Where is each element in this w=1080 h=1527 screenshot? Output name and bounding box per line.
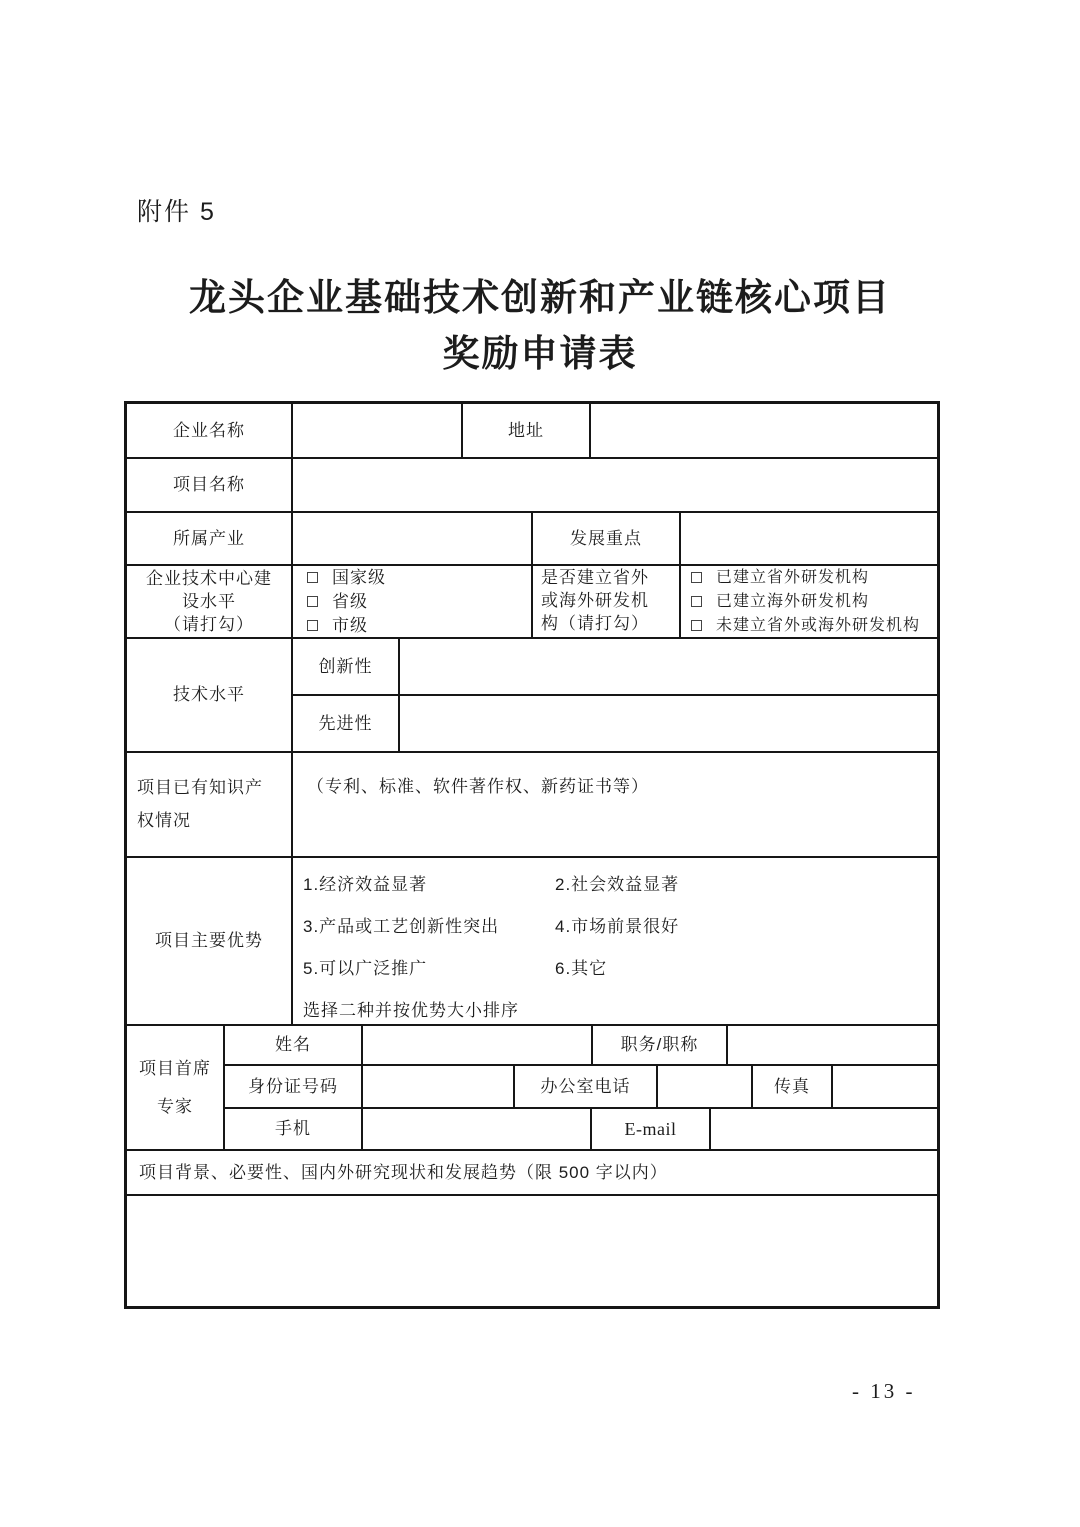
innovation-value-cell xyxy=(400,639,937,696)
background-content-cell xyxy=(127,1196,937,1306)
chief-expert-subrows: 姓名 职务/职称 身份证号码 办公室电话 传真 手机 E-mail xyxy=(225,1026,937,1151)
office-phone-value-cell xyxy=(658,1066,753,1109)
mobile-label: 手机 xyxy=(225,1109,363,1151)
address-value-cell xyxy=(591,404,937,459)
expert-id-value-cell xyxy=(363,1066,515,1109)
row-project-name: 项目名称 xyxy=(127,459,937,513)
tech-center-options: 国家级 省级 市级 xyxy=(293,566,533,639)
tech-center-option-municipal: 市级 xyxy=(307,614,368,638)
advantage-item-6: 6.其它 xyxy=(555,948,607,990)
rd-option-none-built: 未建立省外或海外研发机构 xyxy=(691,614,920,638)
industry-label: 所属产业 xyxy=(127,513,293,566)
attachment-label: 附件 5 xyxy=(137,192,216,228)
chief-expert-label: 项目首席 专家 xyxy=(127,1026,225,1151)
expert-id-label: 身份证号码 xyxy=(225,1066,363,1109)
company-name-label: 企业名称 xyxy=(127,404,293,459)
rd-question-line3: 构（请打勾） xyxy=(541,612,649,635)
chief-expert-label-line1: 项目首席 xyxy=(139,1050,211,1088)
row-chief-expert: 项目首席 专家 姓名 职务/职称 身份证号码 办公室电话 传真 xyxy=(127,1026,937,1151)
checkbox-icon xyxy=(691,596,702,607)
title-line-2: 奖励申请表 xyxy=(0,326,1080,382)
checkbox-icon xyxy=(307,572,318,583)
innovation-label: 创新性 xyxy=(293,639,400,696)
tech-level-label: 技术水平 xyxy=(127,639,293,753)
advantage-item-4: 4.市场前景很好 xyxy=(555,906,679,948)
tech-center-label-line3: （请打勾） xyxy=(164,613,254,636)
rd-option-overseas-built: 已建立海外研发机构 xyxy=(691,590,869,614)
expert-name-value-cell xyxy=(363,1026,593,1066)
advantage-note: 选择二种并按优势大小排序 xyxy=(303,990,937,1026)
row-industry-focus: 所属产业 发展重点 xyxy=(127,513,937,566)
advancement-value-cell xyxy=(400,696,937,753)
document-page: 附件 5 龙头企业基础技术创新和产业链核心项目 奖励申请表 企业名称 地址 项目… xyxy=(0,0,1080,1527)
subrow-advancement: 先进性 xyxy=(293,696,937,753)
tech-center-option-label: 市级 xyxy=(332,614,368,638)
tech-center-label-line2: 设水平 xyxy=(182,590,236,613)
company-name-value-cell xyxy=(293,404,463,459)
page-number: - 13 - xyxy=(852,1379,916,1404)
development-focus-value-cell xyxy=(681,513,937,566)
rd-option-label: 已建立省外研发机构 xyxy=(716,566,869,590)
checkbox-icon xyxy=(691,620,702,631)
subrow-id-phone-fax: 身份证号码 办公室电话 传真 xyxy=(225,1066,937,1109)
project-name-value-cell xyxy=(293,459,937,513)
application-form-table: 企业名称 地址 项目名称 所属产业 发展重点 企业技术中心建 设水平 （请打勾） xyxy=(124,401,940,1309)
checkbox-icon xyxy=(307,620,318,631)
ip-label: 项目已有知识产 权情况 xyxy=(127,753,293,858)
expert-name-label: 姓名 xyxy=(225,1026,363,1066)
subrow-name-title: 姓名 职务/职称 xyxy=(225,1026,937,1066)
advantage-item-3: 3.产品或工艺创新性突出 xyxy=(303,906,555,948)
advantages-content: 1.经济效益显著 2.社会效益显著 3.产品或工艺创新性突出 4.市场前景很好 … xyxy=(293,858,937,1026)
advantage-line-1: 1.经济效益显著 2.社会效益显著 xyxy=(303,864,937,906)
advantages-label: 项目主要优势 xyxy=(127,858,293,1026)
ip-label-line1: 项目已有知识产 xyxy=(137,776,263,800)
mobile-value-cell xyxy=(363,1109,592,1151)
advantage-line-2: 3.产品或工艺创新性突出 4.市场前景很好 xyxy=(303,906,937,948)
industry-value-cell xyxy=(293,513,533,566)
tech-level-subrows: 创新性 先进性 xyxy=(293,639,937,753)
development-focus-label: 发展重点 xyxy=(533,513,681,566)
rd-question-line2: 或海外研发机 xyxy=(541,589,649,612)
row-company-address: 企业名称 地址 xyxy=(127,404,937,459)
advantage-line-3: 5.可以广泛推广 6.其它 xyxy=(303,948,937,990)
subrow-innovation: 创新性 xyxy=(293,639,937,696)
project-name-label: 项目名称 xyxy=(127,459,293,513)
tech-center-option-provincial: 省级 xyxy=(307,590,368,614)
tech-center-option-label: 省级 xyxy=(332,590,368,614)
advantage-item-1: 1.经济效益显著 xyxy=(303,864,555,906)
rd-question-label: 是否建立省外 或海外研发机 构（请打勾） xyxy=(533,566,681,639)
office-phone-label: 办公室电话 xyxy=(515,1066,658,1109)
advancement-label: 先进性 xyxy=(293,696,400,753)
rd-options: 已建立省外研发机构 已建立海外研发机构 未建立省外或海外研发机构 xyxy=(681,566,937,639)
title-line-1: 龙头企业基础技术创新和产业链核心项目 xyxy=(0,270,1080,326)
checkbox-icon xyxy=(691,572,702,583)
background-label: 项目背景、必要性、国内外研究现状和发展趋势（限 500 字以内） xyxy=(127,1151,937,1196)
tech-center-option-label: 国家级 xyxy=(332,566,386,590)
row-tech-level: 技术水平 创新性 先进性 xyxy=(127,639,937,753)
checkbox-icon xyxy=(307,596,318,607)
tech-center-label-line1: 企业技术中心建 xyxy=(146,567,272,590)
tech-center-option-national: 国家级 xyxy=(307,566,386,590)
fax-label: 传真 xyxy=(753,1066,833,1109)
page-title: 龙头企业基础技术创新和产业链核心项目 奖励申请表 xyxy=(0,270,1080,382)
rd-question-line1: 是否建立省外 xyxy=(541,566,649,589)
advantage-item-2: 2.社会效益显著 xyxy=(555,864,679,906)
row-ip-status: 项目已有知识产 权情况 （专利、标准、软件著作权、新药证书等） xyxy=(127,753,937,858)
rd-option-label: 未建立省外或海外研发机构 xyxy=(716,614,920,638)
ip-label-line2: 权情况 xyxy=(137,809,191,833)
subrow-mobile-email: 手机 E-mail xyxy=(225,1109,937,1151)
row-advantages: 项目主要优势 1.经济效益显著 2.社会效益显著 3.产品或工艺创新性突出 4.… xyxy=(127,858,937,1026)
row-background-content xyxy=(127,1196,937,1306)
email-label: E-mail xyxy=(592,1109,711,1151)
expert-title-value-cell xyxy=(728,1026,937,1066)
row-background-header: 项目背景、必要性、国内外研究现状和发展趋势（限 500 字以内） xyxy=(127,1151,937,1196)
expert-title-label: 职务/职称 xyxy=(593,1026,728,1066)
rd-option-label: 已建立海外研发机构 xyxy=(716,590,869,614)
advantage-item-5: 5.可以广泛推广 xyxy=(303,948,555,990)
ip-hint: （专利、标准、软件著作权、新药证书等） xyxy=(293,753,937,858)
email-value-cell xyxy=(711,1109,937,1151)
tech-center-label: 企业技术中心建 设水平 （请打勾） xyxy=(127,566,293,639)
row-tech-center: 企业技术中心建 设水平 （请打勾） 国家级 省级 市级 是否建 xyxy=(127,566,937,639)
rd-option-provincial-built: 已建立省外研发机构 xyxy=(691,566,869,590)
address-label: 地址 xyxy=(463,404,591,459)
fax-value-cell xyxy=(833,1066,937,1109)
chief-expert-label-line2: 专家 xyxy=(157,1088,193,1126)
